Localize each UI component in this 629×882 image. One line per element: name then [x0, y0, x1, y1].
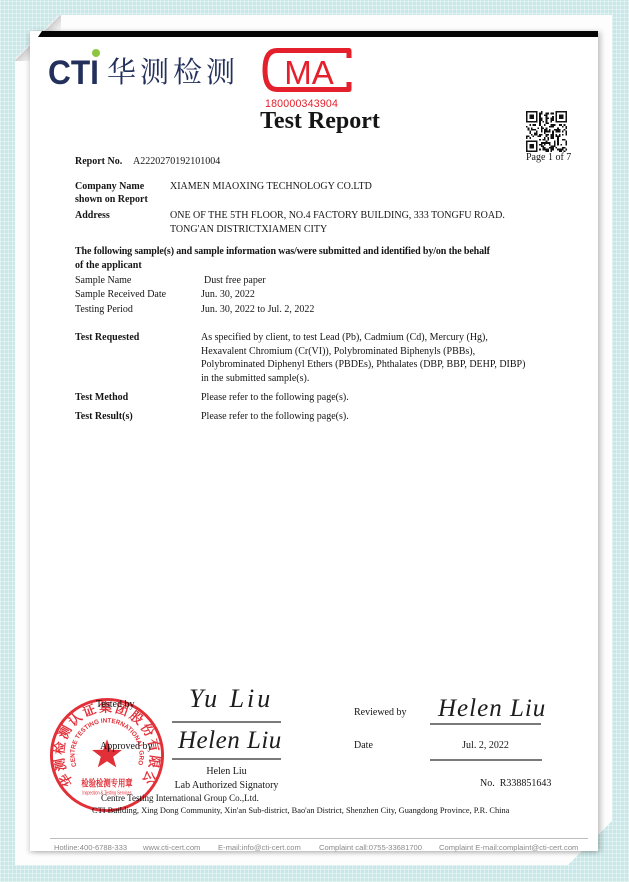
stamp-outer-text: 华测检测认证集团股份有限公司: [48, 696, 162, 789]
certificate-number: No. R338851643: [480, 778, 551, 790]
approved-by-line: [172, 758, 281, 760]
approved-by-signature: Helen Liu: [178, 726, 282, 756]
tested-by-line: [172, 721, 281, 723]
cma-mark: MA: [284, 54, 334, 91]
cti-logo-dot-icon: [92, 49, 100, 57]
address-label: Address: [75, 210, 110, 222]
company-label-line1: Company Name: [75, 181, 144, 193]
sample-name-label: Sample Name: [75, 275, 131, 287]
test-requested-line-2: Hexavalent Chromium (Cr(VI)), Polybromin…: [201, 346, 475, 358]
test-requested-line-4: in the submitted sample(s).: [201, 373, 309, 385]
reviewed-by-line: [430, 723, 541, 725]
company-label-line2: shown on Report: [75, 194, 148, 206]
svg-text:华测检测认证集团股份有限公司: 华测检测认证集团股份有限公司: [48, 696, 162, 789]
company-value: XIAMEN MIAOXING TECHNOLOGY CO.LTD: [170, 181, 372, 193]
stamp-star-icon: [92, 739, 122, 767]
footer-website-link[interactable]: www.cti-cert.com: [143, 843, 200, 852]
footer-divider: [50, 838, 588, 839]
footer-email-link[interactable]: E-mail:info@cti-cert.com: [218, 843, 301, 852]
stamp-center-subtext: Inspection & Testing Services: [82, 790, 131, 796]
intro-line-2: of the applicant: [75, 260, 142, 272]
cti-logo-text: CTI: [48, 53, 99, 93]
address-line-2: TONG'AN DISTRICTXIAMEN CITY: [170, 224, 327, 236]
testing-period-label: Testing Period: [75, 304, 133, 316]
date-line: [430, 759, 542, 761]
test-requested-line-3: Polybrominated Diphenyl Ethers (PBDEs), …: [201, 359, 525, 371]
test-results-label: Test Result(s): [75, 411, 133, 423]
approver-name: Helen Liu: [172, 766, 281, 778]
page-indicator: Page 1 of 7: [526, 152, 571, 163]
intro-line-1: The following sample(s) and sample infor…: [75, 246, 490, 258]
report-no-label: Report No.: [75, 156, 122, 168]
report-no-value: A2220270192101004: [133, 156, 220, 168]
date-label: Date: [354, 740, 373, 752]
date-value: Jul. 2, 2022: [430, 740, 541, 752]
footer-complaint-call: Complaint call:0755-33681700: [319, 843, 422, 852]
page-title: Test Report: [200, 106, 440, 136]
test-method-value: Please refer to the following page(s).: [201, 392, 349, 404]
stamp-center-text: 检验检测专用章: [81, 776, 132, 789]
test-results-value: Please refer to the following page(s).: [201, 411, 349, 423]
tested-by-signature: Yu Liu: [189, 684, 273, 714]
sample-name-value: Dust free paper: [204, 275, 266, 287]
reviewed-by-label: Reviewed by: [354, 707, 407, 719]
sample-received-date-label: Sample Received Date: [75, 289, 166, 301]
footer-complaint-email-link[interactable]: Complaint E-mail:complaint@cti-cert.com: [439, 843, 578, 852]
footer-hotline: Hotline:400-6788-333: [54, 843, 127, 852]
approver-title: Lab Authorized Signatory: [162, 780, 291, 792]
cma-logo-icon: MA: [262, 47, 354, 93]
qr-code-icon: [526, 111, 567, 152]
header-bar: [38, 31, 598, 37]
official-seal-stamp: 华测检测认证集团股份有限公司 CENTRE TESTING INTERNATIO…: [48, 696, 166, 814]
cti-logo-chinese: 华测检测: [107, 55, 239, 89]
address-line-1: ONE OF THE 5TH FLOOR, NO.4 FACTORY BUILD…: [170, 210, 505, 222]
reviewed-by-signature: Helen Liu: [438, 694, 546, 724]
test-requested-line-1: As specified by client, to test Lead (Pb…: [201, 332, 488, 344]
sample-received-date-value: Jun. 30, 2022: [201, 289, 255, 301]
testing-period-value: Jun. 30, 2022 to Jul. 2, 2022: [201, 304, 314, 316]
test-requested-label: Test Requested: [75, 332, 139, 344]
test-method-label: Test Method: [75, 392, 128, 404]
